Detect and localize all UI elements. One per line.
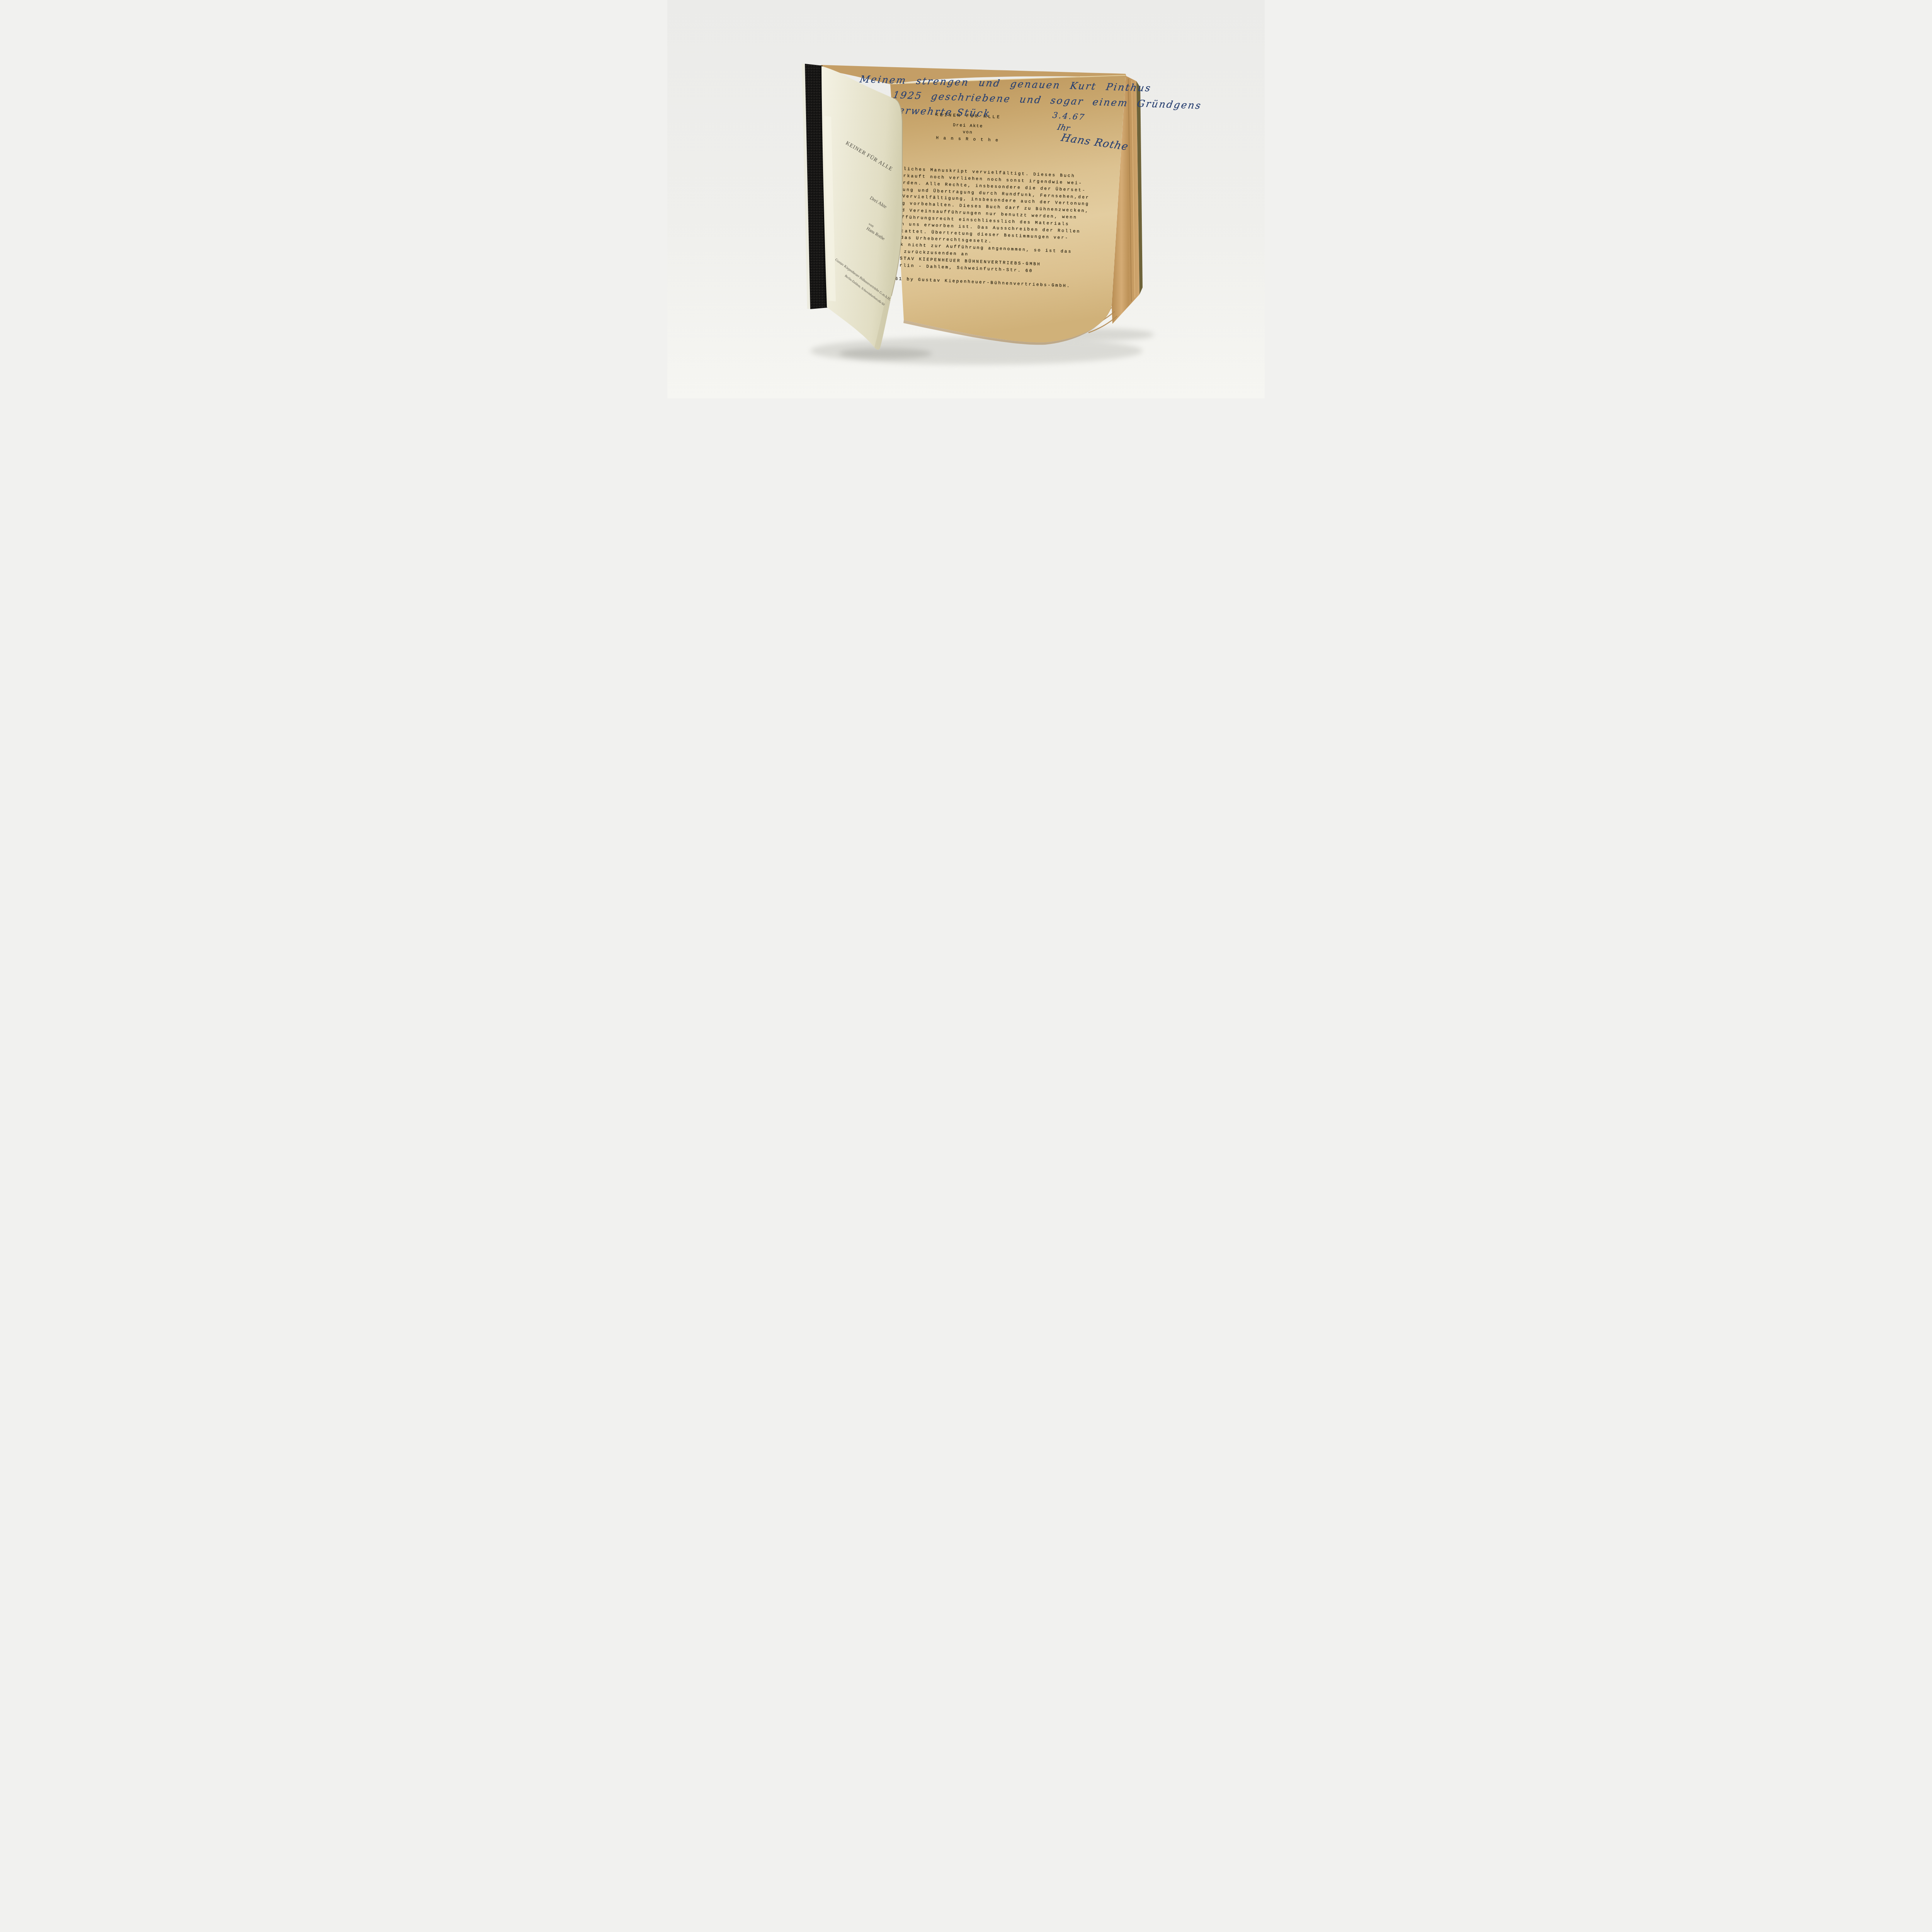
left-page (821, 66, 902, 350)
book-photo: Meinem strengen und genauen Kurt Pinthus… (667, 0, 1265, 398)
book-artwork-left-page (667, 0, 1265, 398)
